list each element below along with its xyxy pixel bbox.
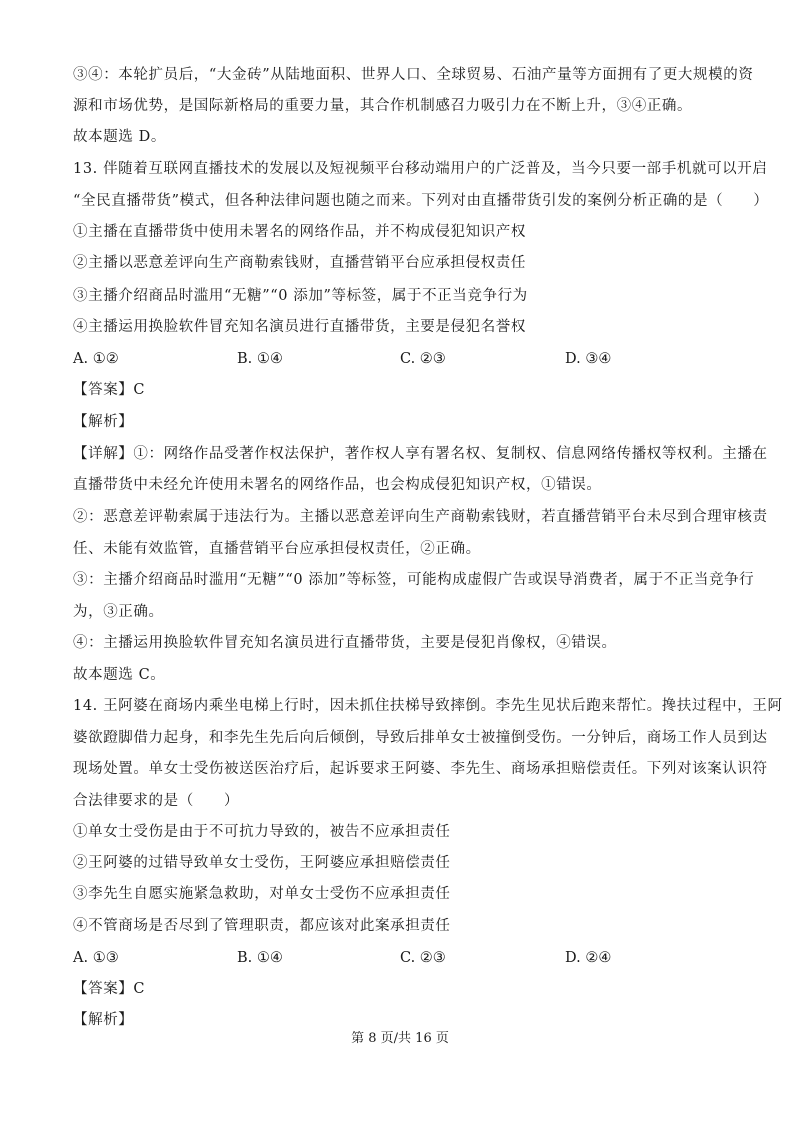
detail-explanation: 任、未能有效监管，直播营销平台应承担侵权责任，②正确。: [73, 539, 733, 559]
option-d: D. ②④: [565, 948, 611, 968]
question-14-statement-2: ②王阿婆的过错导致单女士受伤，王阿婆应承担赔偿责任: [73, 853, 733, 873]
question-14-stem: 合法律要求的是（ ）: [73, 791, 733, 811]
text-line: ③④：本轮扩员后，“大金砖”从陆地面积、世界人口、全球贸易、石油产量等方面拥有了…: [73, 65, 733, 85]
option-a: A. ①③: [73, 948, 119, 968]
detail-explanation: 【详解】①：网络作品受著作权法保护，著作权人享有署名权、复制权、信息网络传播权等…: [73, 444, 733, 464]
detail-explanation: ③：主播介绍商品时滥用“无糖”“0 添加”等标签，可能构成虚假广告或误导消费者，…: [73, 570, 733, 590]
option-c: C. ②③: [400, 349, 446, 369]
question-14-options: A. ①③ B. ①④ C. ②③ D. ②④: [73, 948, 733, 968]
question-14-stem: 14. 王阿婆在商场内乘坐电梯上行时，因未抓住扶梯导致摔倒。李先生见状后跑来帮忙…: [73, 696, 733, 716]
detail-explanation: 为，③正确。: [73, 602, 733, 622]
document-page: ③④：本轮扩员后，“大金砖”从陆地面积、世界人口、全球贸易、石油产量等方面拥有了…: [0, 0, 800, 1131]
question-14-stem: 现场处置。单女士受伤被送医治疗后，起诉要求王阿婆、李先生、商场承担赔偿责任。下列…: [73, 759, 733, 779]
page-footer: 第 8 页/共 16 页: [0, 1030, 800, 1048]
question-14-statement-1: ①单女士受伤是由于不可抗力导致的，被告不应承担责任: [73, 822, 733, 842]
question-14-statement-4: ④不管商场是否尽到了管理职责，都应该对此案承担责任: [73, 916, 733, 936]
conclusion-line: 故本题选 C。: [73, 665, 733, 685]
text-line: 源和市场优势，是国际新格局的重要力量，其合作机制感召力吸引力在不断上升，③④正确…: [73, 96, 733, 116]
detail-explanation: ④：主播运用换脸软件冒充知名演员进行直播带货，主要是侵犯肖像权，④错误。: [73, 633, 733, 653]
question-14-stem: 婆欲蹬脚借力起身，和李先生先后向后倾倒，导致后排单女士被撞倒受伤。一分钟后，商场…: [73, 728, 733, 748]
question-13-statement-3: ③主播介绍商品时滥用“无糖”“0 添加”等标签，属于不正当竞争行为: [73, 286, 733, 306]
answer-label: 【答案】C: [73, 979, 733, 999]
option-a: A. ①②: [73, 349, 119, 369]
answer-label: 【答案】C: [73, 380, 733, 400]
analysis-label: 【解析】: [73, 1010, 733, 1030]
question-13-stem: 13. 伴随着互联网直播技术的发展以及短视频平台移动端用户的广泛普及，当今只要一…: [73, 159, 733, 179]
question-14-statement-3: ③李先生自愿实施紧急救助，对单女士受伤不应承担责任: [73, 884, 733, 904]
option-b: B. ①④: [237, 948, 283, 968]
option-b: B. ①④: [237, 349, 283, 369]
option-d: D. ③④: [565, 349, 611, 369]
question-13-options: A. ①② B. ①④ C. ②③ D. ③④: [73, 349, 733, 369]
analysis-label: 【解析】: [73, 412, 733, 432]
question-13-statement-1: ①主播在直播带货中使用未署名的网络作品，并不构成侵犯知识产权: [73, 222, 733, 242]
question-13-stem: “全民直播带货”模式，但各种法律问题也随之而来。下列对由直播带货引发的案例分析正…: [73, 191, 733, 211]
conclusion-line: 故本题选 D。: [73, 127, 733, 147]
question-13-statement-2: ②主播以恶意差评向生产商勒索钱财，直播营销平台应承担侵权责任: [73, 253, 733, 273]
option-c: C. ②③: [400, 948, 446, 968]
detail-explanation: ②：恶意差评勒索属于违法行为。主播以恶意差评向生产商勒索钱财，若直播营销平台未尽…: [73, 507, 733, 527]
question-13-statement-4: ④主播运用换脸软件冒充知名演员进行直播带货，主要是侵犯名誉权: [73, 317, 733, 337]
detail-explanation: 直播带货中未经允许使用未署名的网络作品，也会构成侵犯知识产权，①错误。: [73, 475, 733, 495]
